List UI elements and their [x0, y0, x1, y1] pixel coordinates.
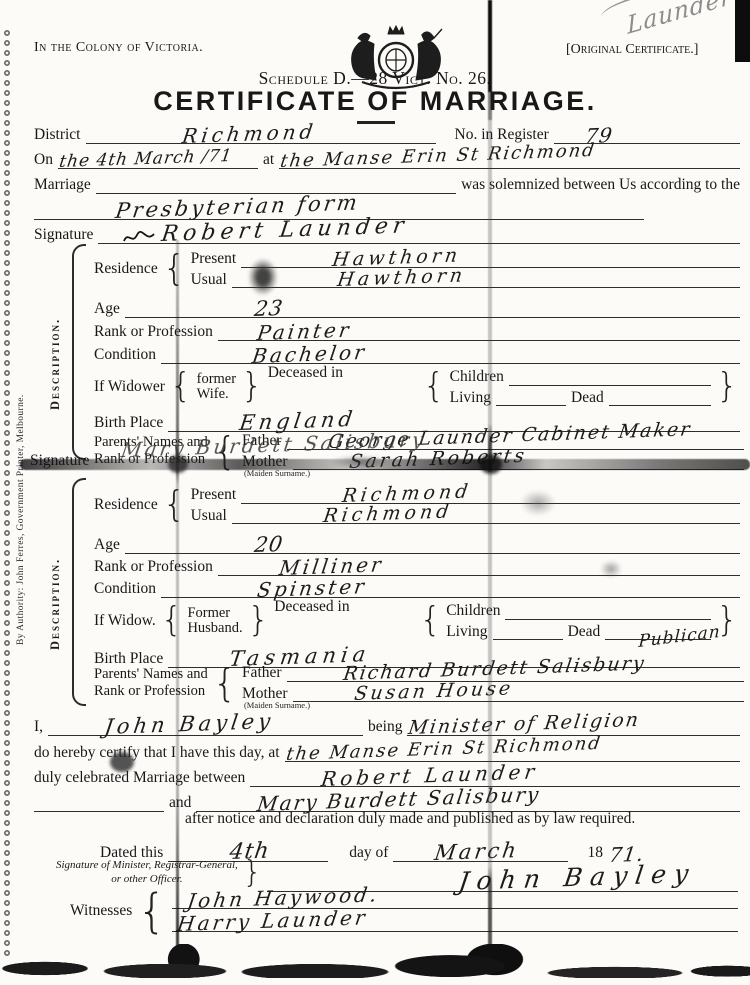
certify-text: do hereby certify that I have this day, … — [34, 744, 280, 762]
coil-edge-decoration — [1, 28, 14, 958]
minister-sig-label-1: Signature of Minister, Registrar-General… — [56, 859, 238, 873]
groom-rank-line: Painter — [218, 323, 740, 341]
children-label: Children — [446, 602, 500, 620]
scan-corner-shadow — [735, 0, 750, 62]
condition-label: Condition — [94, 346, 156, 364]
groom-age-row: Age 23 — [94, 296, 740, 318]
deceased-in-label: Deceased in — [268, 364, 343, 382]
groom-rank-value: Painter — [256, 320, 353, 343]
date-line: the 4th March /71 — [58, 154, 258, 169]
cert-place-row: do hereby certify that I have this day, … — [34, 738, 740, 762]
minister-name-value: John Bayley — [103, 711, 275, 738]
bride-condition-row: Condition Spinster — [94, 576, 740, 598]
former-wife-brace-open: { — [170, 373, 192, 400]
cert-place-value: the Manse Erin St Richmond — [285, 735, 603, 764]
father-label: Father — [242, 664, 282, 682]
if-widower-label: If Widower — [94, 378, 165, 396]
bride-parents-row: Parents' Names and Rank or Profession { … — [94, 662, 744, 704]
cert-blank-line — [34, 803, 164, 812]
groom-children-line — [509, 377, 711, 386]
bride-rank-line: Milliner — [218, 558, 740, 576]
bride-children-line — [505, 611, 711, 620]
groom-usual-value: Hawthorn — [336, 267, 467, 291]
former-label: Former — [187, 606, 242, 621]
bride-condition-line: Spinster — [161, 580, 740, 598]
usual-label: Usual — [191, 507, 227, 525]
groom-widower-row: If Widower { former Wife. } Deceased in … — [94, 364, 738, 410]
dead-label: Dead — [568, 623, 601, 641]
groom-signature-value: Robert Launder — [160, 215, 410, 246]
pen-scribble-icon — [122, 231, 156, 245]
bride-age-row: Age 20 — [94, 532, 740, 554]
age-label: Age — [94, 536, 120, 554]
torn-bottom-edge — [0, 944, 750, 978]
bride-description-label: Description. — [48, 530, 63, 650]
original-certificate-label: [Original Certificate.] — [566, 42, 698, 58]
witness-line-2: Harry Launder — [172, 914, 738, 932]
children-brace-close: } — [716, 373, 738, 400]
residence-label: Residence — [94, 496, 158, 514]
place-line: the Manse Erin St Richmond — [279, 153, 740, 169]
present-label: Present — [191, 486, 237, 504]
parents-brace: { — [213, 668, 237, 698]
groom-signature-line: Robert Launder — [98, 224, 740, 244]
condition-label: Condition — [94, 580, 156, 598]
vertical-fold-center — [488, 0, 492, 962]
minister-sig-brace: } — [243, 861, 262, 885]
bride-father-line: Richard Burdett Salisbury — [287, 665, 744, 682]
groom-residence-row: Residence { Present Hawthorn Usual Hawth… — [94, 246, 740, 292]
solemnized-text: was solemnized between Us according to t… — [461, 176, 740, 194]
former-husband-brace-close: } — [248, 607, 270, 634]
cert-closing-text: after notice and declaration duly made a… — [185, 810, 635, 828]
bride-usual-line: Richmond — [232, 507, 740, 524]
former-husband-brace-open: { — [161, 607, 183, 634]
children-label: Children — [450, 368, 504, 386]
bride-residence-row: Residence { Present Richmond Usual Richm… — [94, 482, 740, 528]
parents-rank-label: Rank or Profession — [94, 683, 208, 700]
bride-block-bracket — [72, 478, 86, 706]
witnesses-brace: { — [137, 893, 166, 930]
cert-minister-row: I, John Bayley being Minister of Religio… — [34, 710, 740, 736]
i-label: I, — [34, 718, 43, 736]
groom-dead-line — [609, 397, 712, 406]
bride-age-value: 20 — [253, 534, 285, 556]
ink-blot-cert — [110, 752, 134, 772]
age-label: Age — [94, 300, 120, 318]
dead-label: Dead — [571, 389, 604, 407]
witness-2-value: Harry Launder — [176, 907, 369, 934]
residence-label: Residence — [94, 260, 158, 278]
children-brace-open: { — [420, 607, 442, 634]
groom-description-label: Description. — [48, 290, 63, 410]
living-label: Living — [446, 623, 487, 641]
rank-label: Rank or Profession — [94, 558, 213, 576]
marriage-row: Marriage was solemnized between Us accor… — [34, 170, 740, 194]
horizontal-fold-crease — [20, 459, 750, 470]
signature-label: Signature — [34, 226, 93, 244]
bride-age-line: 20 — [125, 535, 740, 554]
being-value: Minister of Religion — [407, 711, 641, 738]
cert-groom-row: duly celebrated Marriage between Robert … — [34, 763, 740, 787]
if-widow-label: If Widow. — [94, 612, 156, 630]
colony-heading: In the Colony of Victoria. — [34, 40, 203, 56]
groom-age-value: 23 — [253, 298, 285, 320]
bride-usual-value: Richmond — [322, 503, 454, 527]
groom-condition-line: Bachelor — [161, 346, 740, 364]
cert-bride-row: and Mary Burdett Salisbury — [34, 788, 740, 812]
certificate-title: CERTIFICATE OF MARRIAGE. — [0, 86, 750, 117]
groom-condition-value: Bachelor — [251, 342, 368, 366]
groom-age-line: 23 — [125, 299, 740, 318]
present-label: Present — [191, 250, 237, 268]
stain-upper-fold — [520, 490, 556, 516]
between-text: duly celebrated Marriage between — [34, 769, 245, 787]
marriage-label: Marriage — [34, 176, 91, 194]
usual-label: Usual — [191, 271, 227, 289]
rank-label: Rank or Profession — [94, 323, 213, 341]
former-label: former — [197, 372, 236, 387]
date-value: the 4th March /71 — [58, 148, 233, 171]
groom-usual-line: Hawthorn — [232, 271, 740, 288]
groom-block-bracket — [72, 244, 86, 460]
residence-brace: { — [163, 255, 186, 284]
witness-line-1: John Haywood. — [172, 891, 738, 909]
groom-condition-row: Condition Bachelor — [94, 342, 740, 364]
bride-living-line — [493, 631, 563, 640]
bride-mother-line: Susan House — [293, 685, 744, 702]
date-place-row: On the 4th March /71 at the Manse Erin S… — [34, 145, 740, 169]
parents-names-label: Parents' Names and — [94, 666, 208, 683]
district-row: District Richmond No. in Register 79 — [34, 120, 740, 144]
maiden-surname-note: (Maiden Surname.) — [244, 700, 310, 710]
residence-brace: { — [163, 491, 186, 520]
former-wife-brace-close: } — [241, 373, 263, 400]
children-brace-open: { — [423, 373, 445, 400]
groom-rank-row: Rank or Profession Painter — [94, 319, 740, 341]
district-label: District — [34, 126, 81, 144]
husband-label: Husband. — [187, 621, 242, 636]
groom-living-line — [496, 397, 566, 406]
vertical-fold-left — [176, 240, 179, 960]
wife-label: Wife. — [197, 387, 236, 402]
minister-name-line: John Bayley — [48, 717, 363, 736]
groom-signature-row: Signature Robert Launder — [34, 218, 740, 244]
district-line: Richmond — [86, 126, 436, 144]
at-label: at — [263, 151, 274, 169]
witnesses-row: Witnesses { John Haywood. Harry Launder — [70, 888, 738, 934]
bride-rank-row: Rank or Profession Milliner — [94, 554, 740, 576]
bride-condition-value: Spinster — [256, 576, 368, 600]
being-label: being — [368, 718, 402, 736]
place-value: the Manse Erin St Richmond — [279, 142, 597, 171]
deceased-in-label: Deceased in — [274, 598, 349, 616]
certificate-scan: By Authority: John Ferres, Government Pr… — [0, 0, 750, 985]
witnesses-label: Witnesses — [70, 902, 132, 920]
stain-mid — [600, 560, 622, 578]
living-label: Living — [450, 389, 491, 407]
printer-credit: By Authority: John Ferres, Government Pr… — [16, 345, 26, 645]
on-label: On — [34, 151, 53, 169]
district-value: Richmond — [181, 121, 318, 146]
ink-smudge-residence — [248, 258, 278, 296]
